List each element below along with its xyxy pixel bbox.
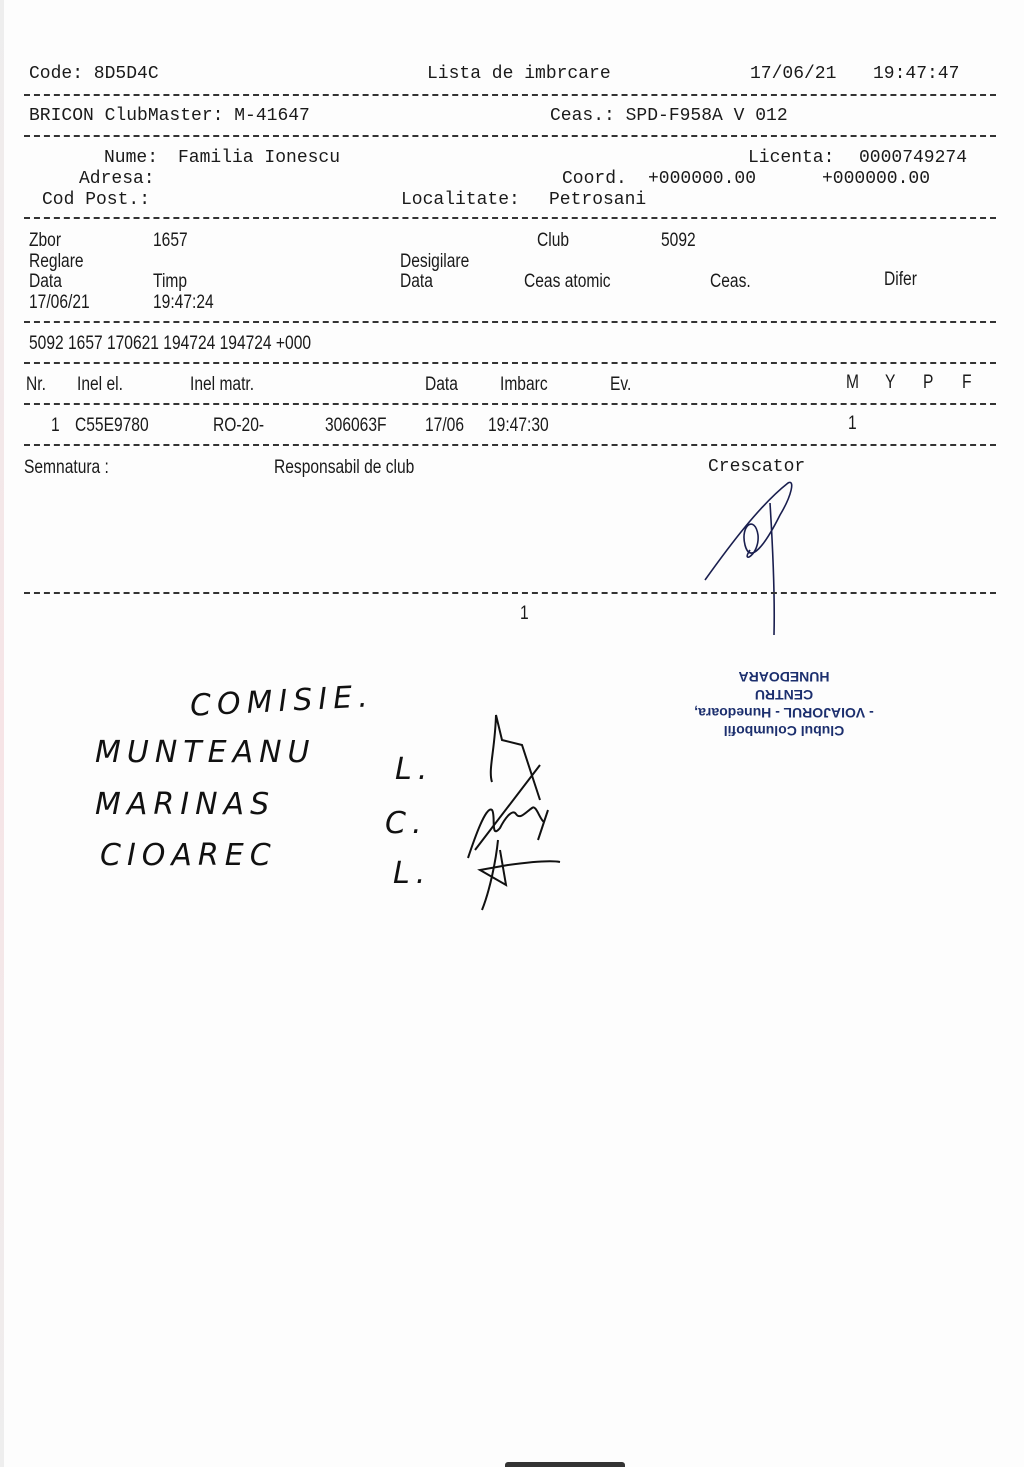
col-inel-matr: Inel matr. xyxy=(190,375,254,395)
scan-edge xyxy=(0,0,4,1467)
boarding-list-document: Code: 8D5D4C Lista de imbrcare 17/06/21 … xyxy=(0,0,1024,1467)
reglare-time: 19:47:24 xyxy=(153,293,214,313)
clubmaster-id: BRICON ClubMaster: M-41647 xyxy=(29,106,310,126)
divider xyxy=(24,592,996,594)
club-value: 5092 xyxy=(661,231,696,251)
row-data: 17/06 xyxy=(425,416,464,436)
member-surname: MARINAS xyxy=(95,787,275,822)
reglare-date: 17/06/21 xyxy=(29,293,90,313)
name-label: Nume: xyxy=(104,148,158,168)
license-label: Licenta: xyxy=(748,148,834,168)
club-responsible-label: Responsabil de club xyxy=(274,458,414,478)
col-ev: Ev. xyxy=(610,375,631,395)
commission-signatures xyxy=(460,710,580,920)
stamp-line: CENTRU xyxy=(664,686,904,704)
header-time: 19:47:47 xyxy=(873,64,959,84)
license-value: 0000749274 xyxy=(859,148,967,168)
divider xyxy=(24,217,996,219)
code-label: Code: 8D5D4C xyxy=(29,64,159,84)
address-label: Adresa: xyxy=(79,169,155,189)
ceas-atomic-label: Ceas atomic xyxy=(524,272,611,292)
row-inel-el: C55E9780 xyxy=(75,416,149,436)
difer-label: Difer xyxy=(884,270,917,290)
member-initial: L. xyxy=(393,856,431,891)
locality-label: Localitate: xyxy=(401,190,520,210)
col-f: F xyxy=(962,373,972,393)
divider xyxy=(24,321,996,323)
divider xyxy=(24,94,996,96)
divider xyxy=(24,403,996,405)
divider xyxy=(24,444,996,446)
row-imbarc: 19:47:30 xyxy=(488,416,549,436)
member-initial: C. xyxy=(385,806,427,841)
coord-lon: +000000.00 xyxy=(822,169,930,189)
ceas-label: Ceas. xyxy=(710,272,751,292)
page-number: 1 xyxy=(520,604,529,624)
col-imbarc: Imbarc xyxy=(500,375,548,395)
row-m: 1 xyxy=(848,414,857,434)
coord-label: Coord. xyxy=(562,169,627,189)
stamp-line: - VOIAJORUL - Hunedoara, xyxy=(664,704,904,722)
divider xyxy=(24,362,996,364)
stamp-line: Clubul Columbofil xyxy=(664,722,904,740)
locality-value: Petrosani xyxy=(549,190,646,210)
row-inel-matr-prefix: RO-20- xyxy=(213,416,264,436)
data-label: Data xyxy=(29,272,62,292)
member-surname: MUNTEANU xyxy=(95,735,316,770)
zbor-value: 1657 xyxy=(153,231,188,251)
col-y: Y xyxy=(885,373,895,393)
divider xyxy=(24,135,996,137)
breeder-signature xyxy=(700,475,810,640)
desigilare-label: Desigilare xyxy=(400,252,469,272)
col-inel-el: Inel el. xyxy=(77,375,123,395)
member-surname: CIOAREC xyxy=(100,838,277,873)
col-data: Data xyxy=(425,375,458,395)
club-label: Club xyxy=(537,231,569,251)
col-m: M xyxy=(846,373,859,393)
member-initial: L. xyxy=(395,752,433,787)
coord-lat: +000000.00 xyxy=(648,169,756,189)
stamp-line: HUNEDOARA xyxy=(664,668,904,686)
row-nr: 1 xyxy=(51,416,60,436)
postcode-label: Cod Post.: xyxy=(42,190,150,210)
name-value: Familia Ionescu xyxy=(178,148,340,168)
club-stamp: Clubul Columbofil - VOIAJORUL - Hunedoar… xyxy=(664,668,904,740)
scan-artifact xyxy=(505,1462,625,1467)
document-title: Lista de imbrcare xyxy=(427,64,611,84)
timp-label: Timp xyxy=(153,272,187,292)
checksum-line: 5092 1657 170621 194724 194724 +000 xyxy=(29,334,311,354)
clock-id: Ceas.: SPD-F958A V 012 xyxy=(550,106,788,126)
signature-label: Semnatura : xyxy=(24,458,109,478)
col-p: P xyxy=(923,373,933,393)
breeder-label: Crescator xyxy=(708,457,805,477)
data2-label: Data xyxy=(400,272,433,292)
zbor-label: Zbor xyxy=(29,231,61,251)
header-date: 17/06/21 xyxy=(750,64,836,84)
reglare-label: Reglare xyxy=(29,252,84,272)
row-inel-matr-number: 306063F xyxy=(325,416,387,436)
col-nr: Nr. xyxy=(26,375,46,395)
commission-title: COMISIE. xyxy=(189,679,374,724)
